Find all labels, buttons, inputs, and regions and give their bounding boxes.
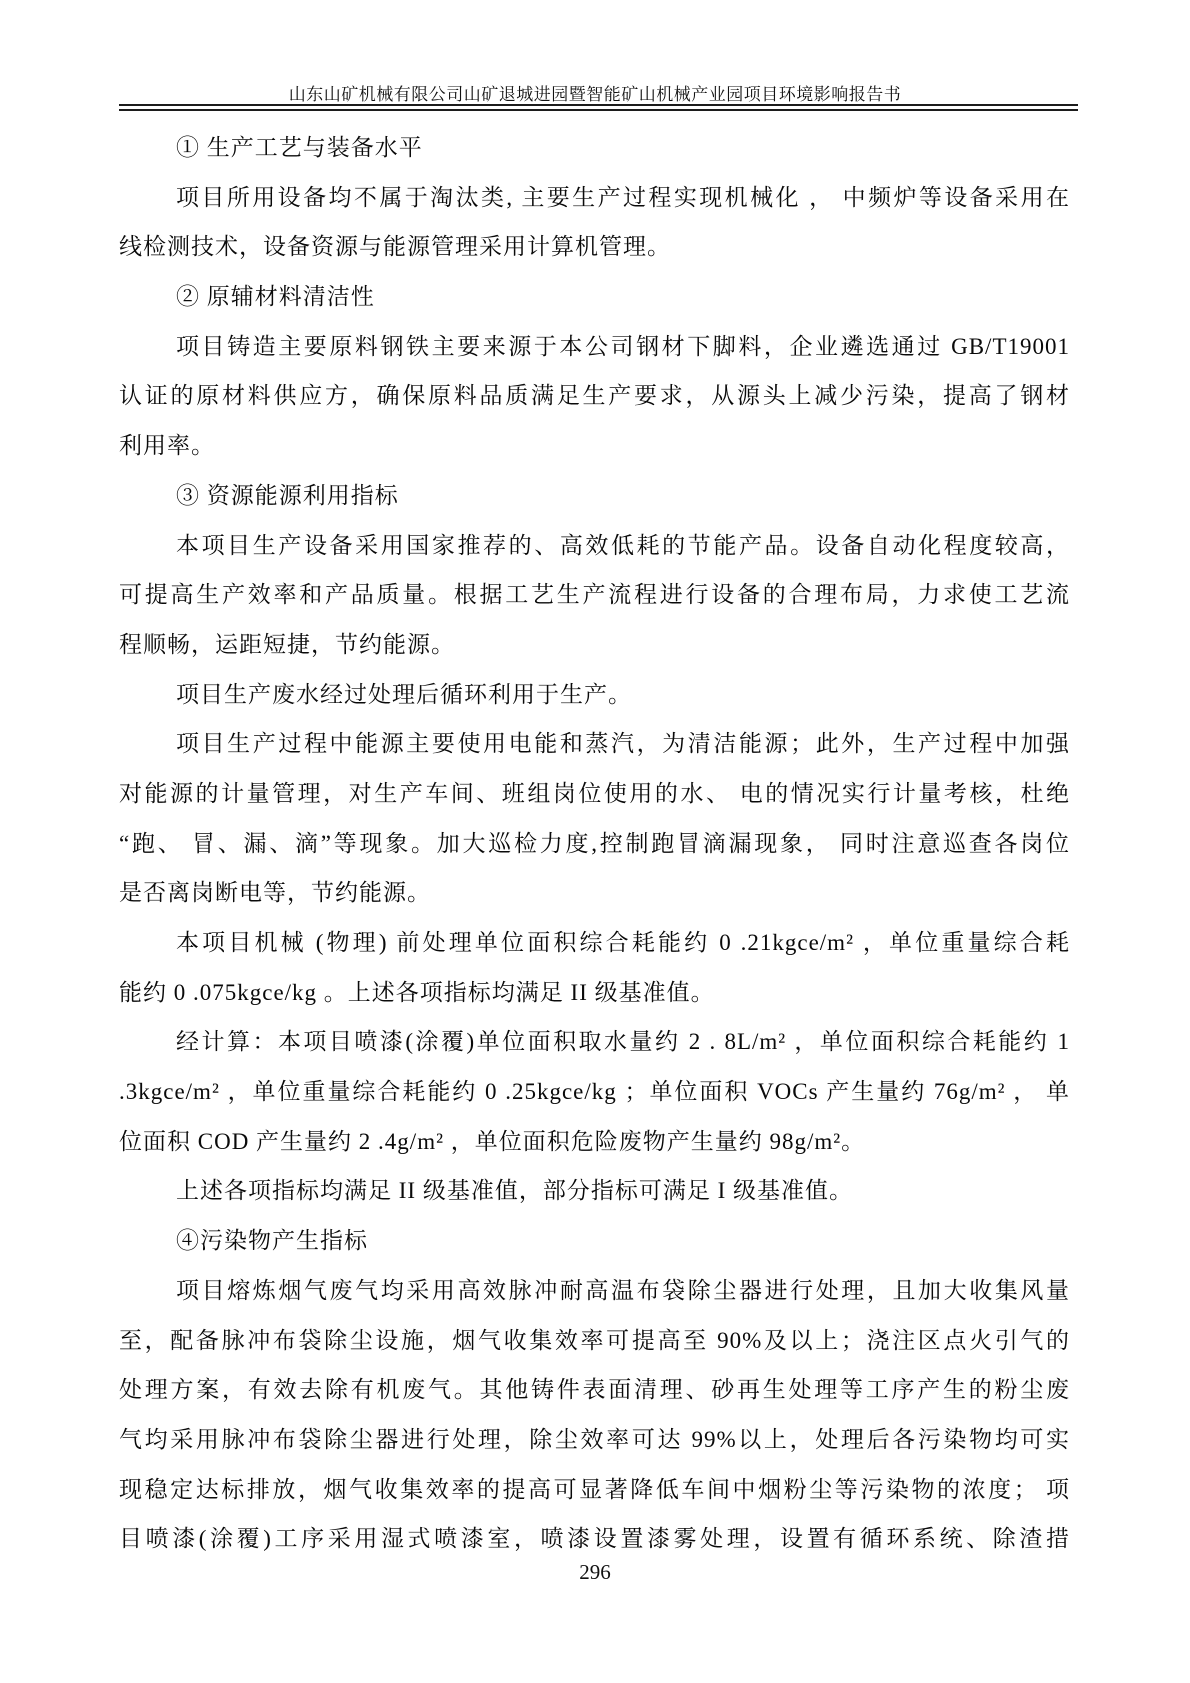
text-line: 可提高生产效率和产品质量。根据工艺生产流程进行设备的合理布局，力求使工艺流 (119, 570, 1070, 620)
text-line: 经计算：本项目喷漆(涂覆)单位面积取水量约 2 . 8L/m² ，单位面积综合耗… (119, 1017, 1070, 1067)
text-line: 现稳定达标排放，烟气收集效率的提高可显著降低车间中烟粉尘等污染物的浓度； 项 (119, 1465, 1070, 1515)
report-header-title: 山东山矿机械有限公司山矿退城进园暨智能矿山机械产业园项目环境影响报告书 (0, 80, 1190, 105)
section-heading-4: ④污染物产生指标 (119, 1216, 1070, 1266)
text-line: .3kgce/m² ，单位重量综合耗能约 0 .25kgce/kg ；单位面积 … (119, 1067, 1070, 1117)
document-page: 山东山矿机械有限公司山矿退城进园暨智能矿山机械产业园项目环境影响报告书 ① 生产… (0, 0, 1190, 1683)
text-line: 是否离岗断电等，节约能源。 (119, 868, 1070, 918)
text-line: “跑、 冒、漏、滴”等现象。加大巡检力度,控制跑冒滴漏现象， 同时注意巡查各岗位 (119, 819, 1070, 869)
text-line: 项目铸造主要原料钢铁主要来源于本公司钢材下脚料，企业遴选通过 GB/T19001 (119, 322, 1070, 372)
text-line: 项目所用设备均不属于淘汰类, 主要生产过程实现机械化 ， 中频炉等设备采用在 (119, 173, 1070, 223)
text-line: 气均采用脉冲布袋除尘器进行处理，除尘效率可达 99%以上，处理后各污染物均可实 (119, 1415, 1070, 1465)
text-line: 利用率。 (119, 421, 1070, 471)
text-line: 本项目生产设备采用国家推荐的、高效低耗的节能产品。设备自动化程度较高， (119, 521, 1070, 571)
text-line: 项目生产废水经过处理后循环利用于生产。 (119, 670, 1070, 720)
header-divider-rule (119, 104, 1078, 111)
section-heading-2: ② 原辅材料清洁性 (119, 272, 1070, 322)
text-line: 处理方案，有效去除有机废气。其他铸件表面清理、砂再生处理等工序产生的粉尘废 (119, 1365, 1070, 1415)
text-line: 本项目机械 (物理) 前处理单位面积综合耗能约 0 .21kgce/m² ，单位… (119, 918, 1070, 968)
text-line: 项目生产过程中能源主要使用电能和蒸汽，为清洁能源；此外，生产过程中加强 (119, 719, 1070, 769)
page-number: 296 (0, 1560, 1190, 1585)
text-line: 对能源的计量管理，对生产车间、班组岗位使用的水、 电的情况实行计量考核，杜绝 (119, 769, 1070, 819)
text-line: 位面积 COD 产生量约 2 .4g/m² ，单位面积危险废物产生量约 98g/… (119, 1117, 1070, 1167)
text-line: 上述各项指标均满足 II 级基准值，部分指标可满足 I 级基准值。 (119, 1166, 1070, 1216)
section-heading-3: ③ 资源能源利用指标 (119, 471, 1070, 521)
text-line: 能约 0 .075kgce/kg 。上述各项指标均满足 II 级基准值。 (119, 968, 1070, 1018)
section-heading-1: ① 生产工艺与装备水平 (119, 123, 1070, 173)
document-body: ① 生产工艺与装备水平 项目所用设备均不属于淘汰类, 主要生产过程实现机械化 ，… (119, 123, 1070, 1564)
text-line: 至，配备脉冲布袋除尘设施，烟气收集效率可提高至 90%及以上；浇注区点火引气的 (119, 1316, 1070, 1366)
text-line: 认证的原材料供应方，确保原料品质满足生产要求，从源头上减少污染，提高了钢材 (119, 371, 1070, 421)
text-line: 线检测技术，设备资源与能源管理采用计算机管理。 (119, 222, 1070, 272)
text-line: 程顺畅，运距短捷，节约能源。 (119, 620, 1070, 670)
text-line: 目喷漆(涂覆)工序采用湿式喷漆室，喷漆设置漆雾处理，设置有循环系统、除渣措 (119, 1514, 1070, 1564)
text-line: 项目熔炼烟气废气均采用高效脉冲耐高温布袋除尘器进行处理，且加大收集风量 (119, 1266, 1070, 1316)
